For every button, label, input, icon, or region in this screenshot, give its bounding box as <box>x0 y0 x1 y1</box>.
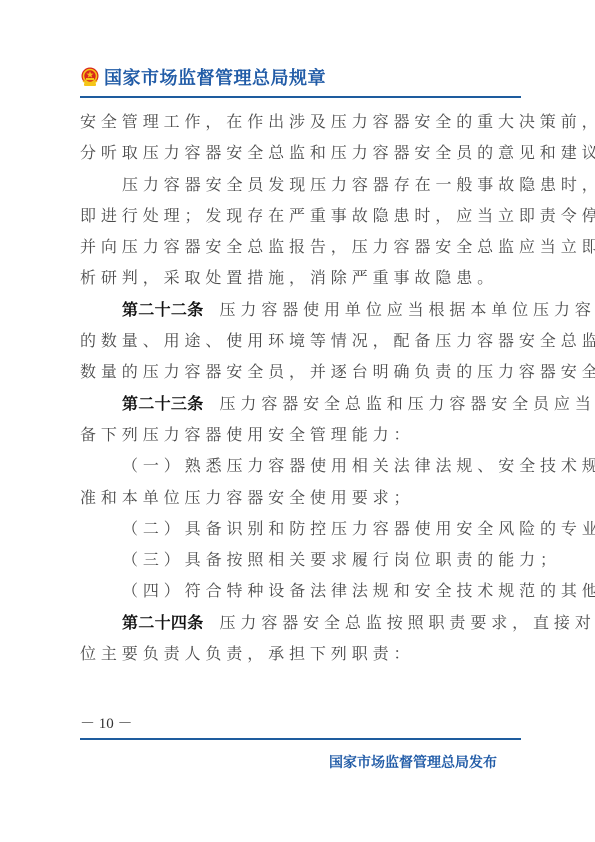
paragraph-line: （一）熟悉压力容器使用相关法律法规、安全技术规范、标 <box>80 450 525 481</box>
paragraph-line: 即进行处理；发现存在严重事故隐患时，应当立即责令停止使用 <box>80 200 525 231</box>
line-text: 即进行处理；发现存在严重事故隐患时，应当立即责令停止使用 <box>80 206 595 225</box>
line-text: 压力容器安全员发现压力容器存在一般事故隐患时，应当立 <box>122 175 595 194</box>
article-paragraph-line: 第二十四条压力容器安全总监按照职责要求，直接对本单 <box>80 607 525 638</box>
paragraph-line: 的数量、用途、使用环境等情况，配备压力容器安全总监和足够 <box>80 325 525 356</box>
line-text: 的数量、用途、使用环境等情况，配备压力容器安全总监和足够 <box>80 331 595 350</box>
line-text: 备下列压力容器使用安全管理能力： <box>80 425 414 444</box>
line-text: 安全管理工作，在作出涉及压力容器安全的重大决策前，应当充 <box>80 112 595 131</box>
line-text: （三）具备按照相关要求履行岗位职责的能力； <box>122 550 561 569</box>
paragraph-line: 析研判，采取处置措施，消除严重事故隐患。 <box>80 262 525 293</box>
page-header: 国家市场监督管理总局规章 <box>80 64 326 90</box>
publisher-label: 国家市场监督管理总局发布 <box>329 752 497 772</box>
article-number: 第二十四条 <box>122 613 204 632</box>
paragraph-line: （三）具备按照相关要求履行岗位职责的能力； <box>80 544 525 575</box>
page-number: － 10 － <box>80 712 133 733</box>
line-text: 压力容器安全总监和压力容器安全员应当具 <box>220 394 595 413</box>
paragraph-line: 备下列压力容器使用安全管理能力： <box>80 419 525 450</box>
header-title: 国家市场监督管理总局规章 <box>104 64 326 90</box>
line-text: 位主要负责人负责，承担下列职责： <box>80 644 414 663</box>
article-paragraph-line: 第二十三条压力容器安全总监和压力容器安全员应当具 <box>80 388 525 419</box>
line-text: 压力容器使用单位应当根据本单位压力容器 <box>220 300 595 319</box>
paragraph-line: 准和本单位压力容器安全使用要求； <box>80 482 525 513</box>
paragraph-line: 压力容器安全员发现压力容器存在一般事故隐患时，应当立 <box>80 169 525 200</box>
article-number: 第二十三条 <box>122 394 204 413</box>
line-text: 并向压力容器安全总监报告，压力容器安全总监应当立即组织分 <box>80 237 595 256</box>
article-number: 第二十二条 <box>122 300 204 319</box>
line-text: （二）具备识别和防控压力容器使用安全风险的专业知识； <box>122 519 595 538</box>
line-text: 分听取压力容器安全总监和压力容器安全员的意见和建议。 <box>80 143 595 162</box>
line-text: 压力容器安全总监按照职责要求，直接对本单 <box>220 613 595 632</box>
paragraph-line: （四）符合特种设备法律法规和安全技术规范的其他要求。 <box>80 575 525 606</box>
paragraph-line: （二）具备识别和防控压力容器使用安全风险的专业知识； <box>80 513 525 544</box>
header-divider <box>80 96 521 98</box>
article-paragraph-line: 第二十二条压力容器使用单位应当根据本单位压力容器 <box>80 294 525 325</box>
line-text: （一）熟悉压力容器使用相关法律法规、安全技术规范、标 <box>122 456 595 475</box>
national-emblem-icon <box>80 66 100 88</box>
document-body: 安全管理工作，在作出涉及压力容器安全的重大决策前，应当充分听取压力容器安全总监和… <box>80 106 525 669</box>
line-text: 析研判，采取处置措施，消除严重事故隐患。 <box>80 268 498 287</box>
footer-divider <box>80 738 521 740</box>
paragraph-line: 并向压力容器安全总监报告，压力容器安全总监应当立即组织分 <box>80 231 525 262</box>
line-text: 准和本单位压力容器安全使用要求； <box>80 488 414 507</box>
paragraph-line: 数量的压力容器安全员，并逐台明确负责的压力容器安全员。 <box>80 356 525 387</box>
paragraph-line: 安全管理工作，在作出涉及压力容器安全的重大决策前，应当充 <box>80 106 525 137</box>
paragraph-line: 位主要负责人负责，承担下列职责： <box>80 638 525 669</box>
line-text: （四）符合特种设备法律法规和安全技术规范的其他要求。 <box>122 581 595 600</box>
line-text: 数量的压力容器安全员，并逐台明确负责的压力容器安全员。 <box>80 362 595 381</box>
paragraph-line: 分听取压力容器安全总监和压力容器安全员的意见和建议。 <box>80 137 525 168</box>
